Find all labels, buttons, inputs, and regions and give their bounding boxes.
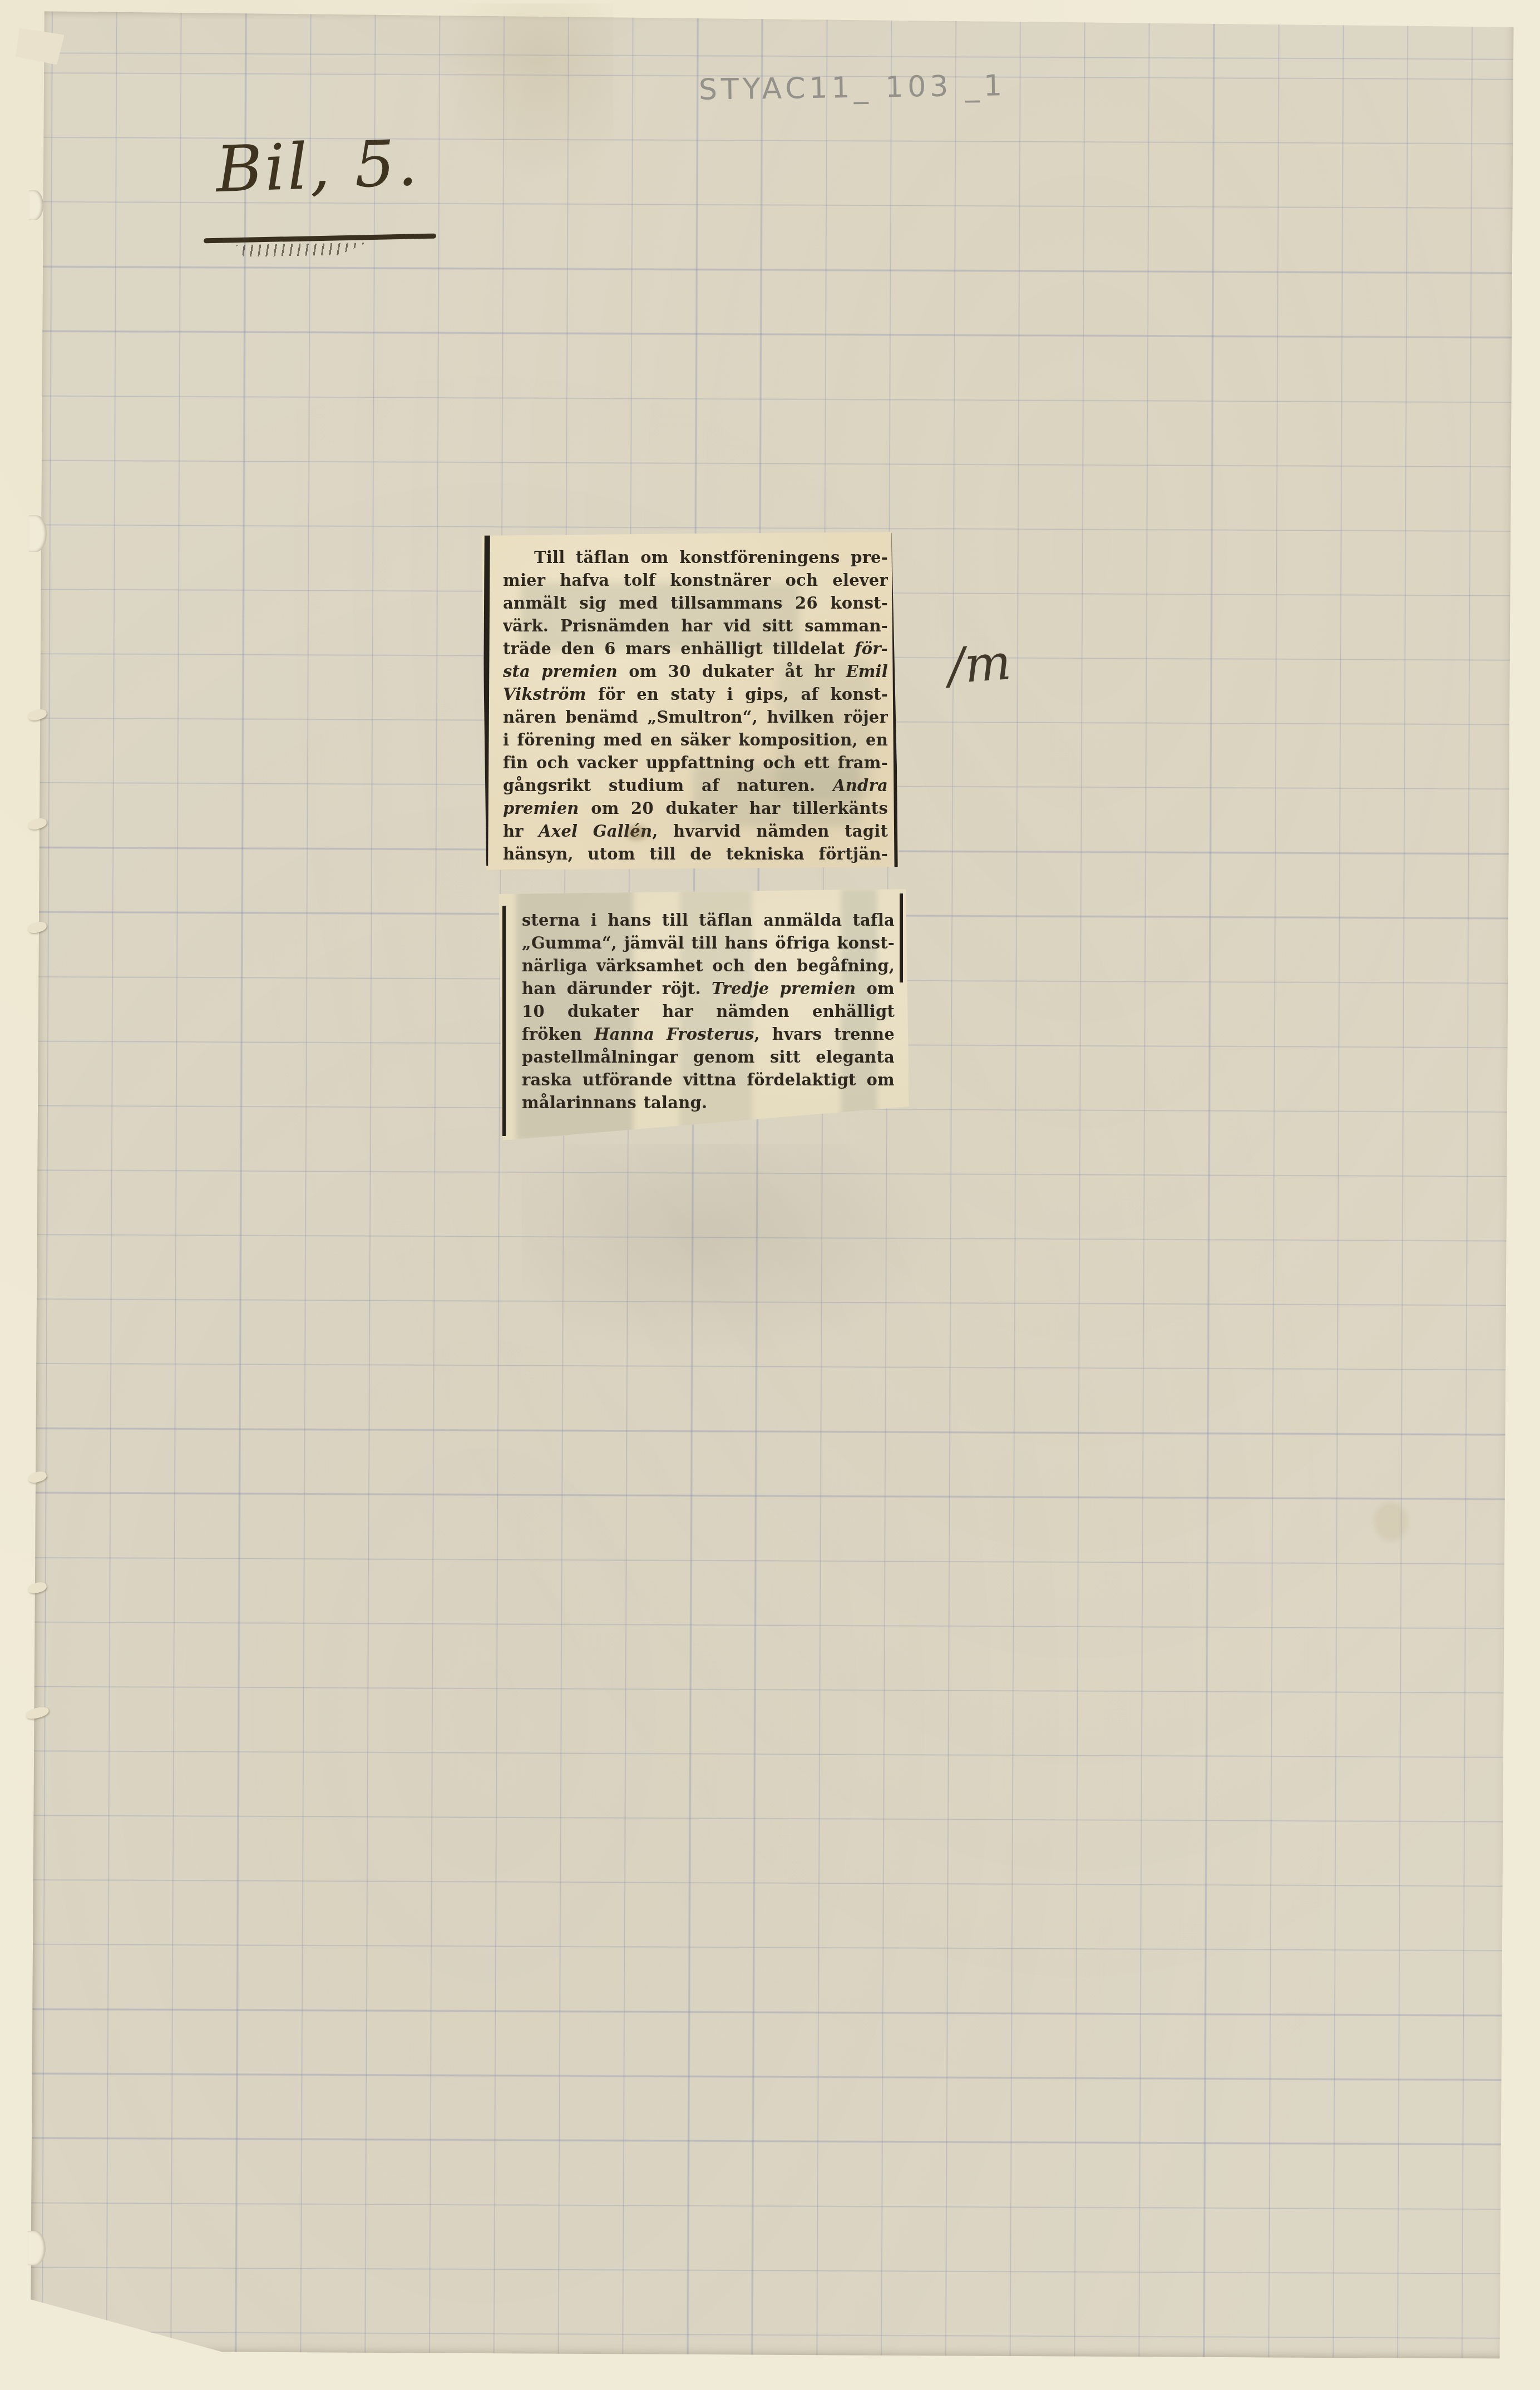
newspaper-clipping-second: sterna i hans till täflan anmälda tafla„…: [496, 889, 909, 1140]
newsprint-line: mier hafva tolf konstnärer och elever: [503, 569, 888, 592]
newsprint-line: 10 dukater har nämden enhälligt tilldela…: [522, 1000, 895, 1023]
glue-residue-smudge: [522, 1144, 950, 1361]
stain: [1374, 1502, 1408, 1541]
handwritten-page-label: Bil, 5.: [215, 131, 421, 202]
newsprint-line: raska utförande vittna fördelaktigt om: [522, 1069, 895, 1092]
torn-edge-notch: [29, 190, 43, 220]
stain: [625, 826, 648, 840]
newsprint-line: „Gumma“, jämväl till hans öfriga konst-: [522, 932, 895, 955]
clipping-text: sterna i hans till täflan anmälda tafla„…: [496, 889, 909, 1119]
newsprint-line: närliga värksamhet och den begåfning,: [522, 955, 895, 977]
clipping-text: Till täflan om konstföreningens pre-mier…: [482, 532, 899, 870]
newsprint-line: fin och vacker uppfattning och ett fram-: [503, 752, 888, 774]
newsprint-line: sterna i hans till täflan anmälda tafla: [522, 909, 895, 932]
newsprint-line: målarinnans talang.: [522, 1092, 895, 1114]
archival-code-pencil: STYAC11_ 103 _1: [699, 69, 1006, 107]
newsprint-line: hr Axel Gallén, hvarvid nämden tagit: [503, 820, 888, 843]
newsprint-line: sta premien om 30 dukater åt hr Emil: [503, 660, 888, 683]
newsprint-line: värk. Prisnämden har vid sitt samman-: [503, 615, 888, 638]
fingerprint-smudge: [430, 3, 613, 192]
newsprint-line: fröken Hanna Frosterus, hvars trenne: [522, 1023, 895, 1046]
newspaper-clipping-first: Till täflan om konstföreningens pre-mier…: [482, 532, 899, 870]
newsprint-line: i förening med en säker komposition, en: [503, 729, 888, 752]
scanned-archival-document: Bil, 5. STYAC11_ 103 _1 /m Till täflan o…: [0, 0, 1540, 2390]
newsprint-line: Till täflan om konstföreningens pre-: [503, 546, 888, 569]
newsprint-line: hänsyn, utom till de tekniska förtjän-: [503, 843, 888, 866]
newsprint-line: anmält sig med tillsammans 26 konst-: [503, 592, 888, 615]
newsprint-line: Vikström för en staty i gips, af konst-: [503, 683, 888, 706]
newsprint-line: träde den 6 mars enhälligt tilldelat för…: [503, 638, 888, 660]
newsprint-line: nären benämd „Smultron“, hvilken röjer: [503, 706, 888, 729]
newsprint-line: gångsrikt studium af naturen. Andra: [503, 774, 888, 797]
newsprint-line: pastellmålningar genom sitt eleganta och: [522, 1046, 895, 1069]
margin-mark: /m: [946, 638, 1013, 691]
newsprint-line: premien om 20 dukater har tillerkänts: [503, 797, 888, 820]
newsprint-line: han därunder röjt. Tredje premien om: [522, 977, 895, 1000]
